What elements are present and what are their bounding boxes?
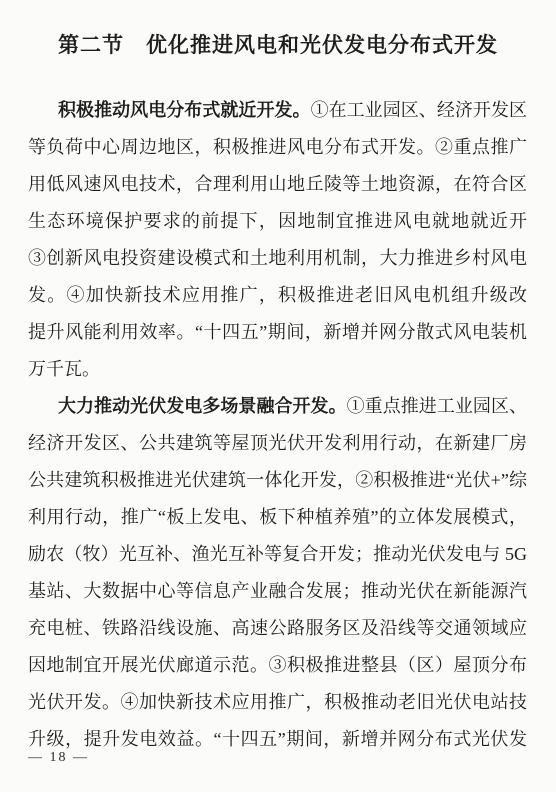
text-line: 生态环境保护要求的前提下，因地制宜推进风电就地就近开发。 [28, 203, 527, 240]
text-line: 基站、大数据中心等信息产业融合发展；推动光伏在新能源汽车 [28, 573, 527, 610]
document-page: 第二节 优化推进风电和光伏发电分布式开发 积极推动风电分布式就近开发。①在工业园… [0, 0, 556, 792]
paragraph-lead-bold: 积极推动风电分布式就近开发。 [58, 100, 311, 120]
text-line: 大力推动光伏发电多场景融合开发。①重点推进工业园区、 [28, 388, 527, 425]
text-line: 公共建筑积极推进光伏建筑一体化开发，②积极推进“光伏+”综合 [28, 462, 527, 499]
text-line: 光伏开发。④加快新技术应用推广，积极推动老旧光伏电站技改 [28, 684, 527, 721]
text-line: 提升风能利用效率。“十四五”期间，新增并网分散式风电装机 300 [28, 314, 527, 351]
text-line: 发。④加快新技术应用推广，积极推进老旧风电机组升级改造， [28, 277, 527, 314]
paragraph-lead-rest: ①重点推进工业园区、 [347, 396, 527, 416]
text-line: 利用行动，推广“板上发电、板下种植养殖”的立体发展模式，鼓 [28, 499, 527, 536]
text-line: 万千瓦。 [28, 351, 527, 388]
text-line: 充电桩、铁路沿线设施、高速公路服务区及沿线等交通领域应用， [28, 610, 527, 647]
page-number: — 18 — [28, 750, 89, 766]
text-line: 升级，提升发电效益。“十四五”期间，新增并网分布式光伏发电 [28, 721, 527, 758]
text-line: 用低风速风电技术，合理利用山地丘陵等土地资源，在符合区域 [28, 166, 527, 203]
section-title: 第二节 优化推进风电和光伏发电分布式开发 [0, 29, 556, 59]
text-line: 因地制宜开展光伏廊道示范。③积极推进整县（区）屋顶分布式 [28, 647, 527, 684]
paragraph-wind: 积极推动风电分布式就近开发。①在工业园区、经济开发区 等负荷中心周边地区，积极推… [28, 92, 527, 388]
document-body: 积极推动风电分布式就近开发。①在工业园区、经济开发区 等负荷中心周边地区，积极推… [28, 92, 527, 758]
text-line: 等负荷中心周边地区，积极推进风电分布式开发。②重点推广应 [28, 129, 527, 166]
text-line: 经济开发区、公共建筑等屋顶光伏开发利用行动，在新建厂房和 [28, 425, 527, 462]
text-line: 积极推动风电分布式就近开发。①在工业园区、经济开发区 [28, 92, 527, 129]
paragraph-lead-rest: ①在工业园区、经济开发区 [311, 100, 527, 120]
text-line: 励农（牧）光互补、渔光互补等复合开发；推动光伏发电与 5G [28, 536, 527, 573]
paragraph-solar: 大力推动光伏发电多场景融合开发。①重点推进工业园区、 经济开发区、公共建筑等屋顶… [28, 388, 527, 758]
paragraph-lead-bold: 大力推动光伏发电多场景融合开发。 [58, 396, 347, 416]
text-line: ③创新风电投资建设模式和土地利用机制，大力推进乡村风电开 [28, 240, 527, 277]
